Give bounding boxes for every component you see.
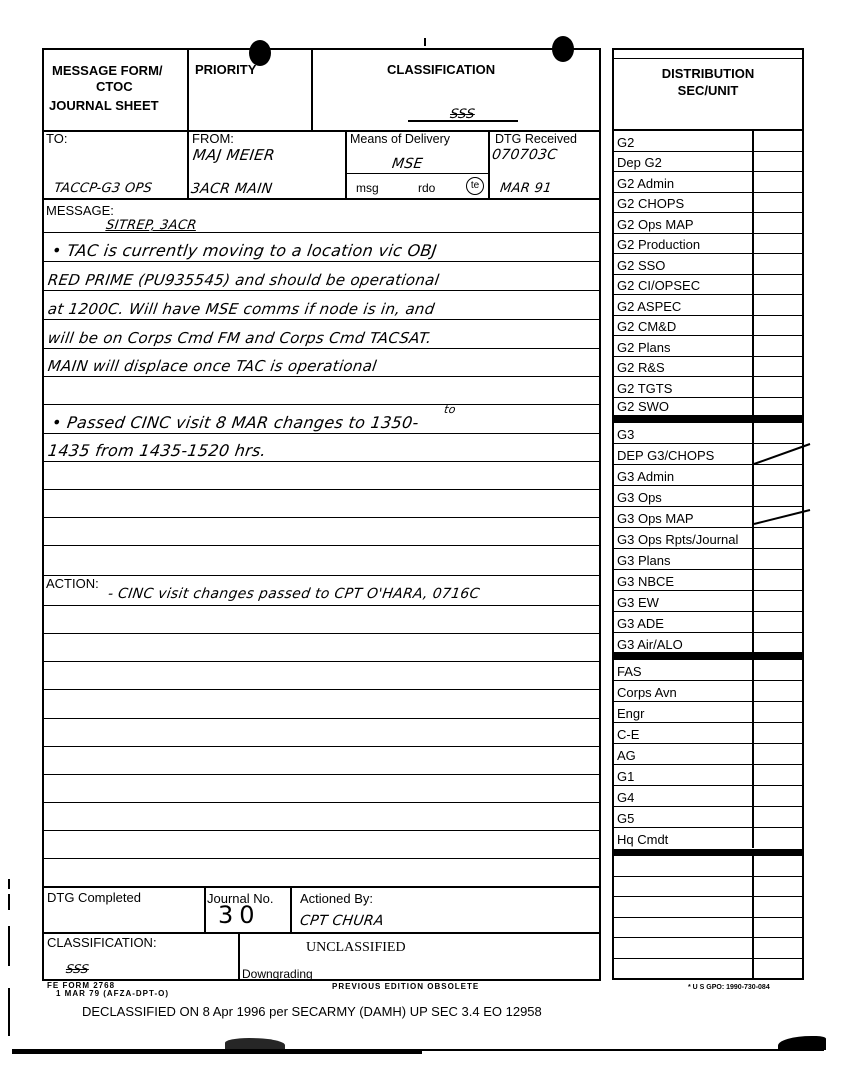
distribution-checkbox[interactable]: [752, 275, 802, 295]
action-label: ACTION:: [46, 577, 99, 591]
dtg-received-value[interactable]: 070703C: [491, 146, 559, 164]
distribution-row[interactable]: G3 Ops Rpts/Journal: [614, 528, 802, 549]
scan-blot: [778, 1036, 826, 1050]
distribution-row-label: Hq Cmdt: [617, 833, 668, 847]
distribution-checkbox[interactable]: [752, 152, 802, 172]
distribution-row[interactable]: G2: [614, 131, 802, 152]
distribution-row-label: DEP G3/CHOPS: [617, 449, 714, 463]
distribution-header-line-2: SEC/UNIT: [612, 83, 804, 98]
distribution-row[interactable]: G2 TGTS: [614, 377, 802, 398]
form-title-line-3: JOURNAL SHEET: [49, 99, 159, 113]
distribution-checkbox[interactable]: [752, 681, 802, 701]
rule-line: [42, 774, 601, 775]
distribution-checkbox[interactable]: [752, 357, 802, 377]
dtg-received-month[interactable]: MAR 91: [499, 180, 553, 198]
rule-line: [42, 261, 601, 262]
distribution-row-label: G2 CM&D: [617, 320, 676, 334]
gpo-printing-note: * U S GPO: 1990-730-084: [688, 984, 770, 991]
distribution-checkbox[interactable]: [752, 828, 802, 848]
rule-line: [42, 886, 601, 888]
distribution-checkbox[interactable]: [752, 193, 802, 213]
means-option-rdo[interactable]: rdo: [418, 181, 435, 195]
distribution-row-label: G2 SWO: [617, 400, 669, 414]
distribution-row[interactable]: G1: [614, 765, 802, 786]
classification-bottom-mark[interactable]: SSS: [65, 960, 90, 978]
rule-line: [42, 348, 601, 349]
distribution-row[interactable]: G2 SWO: [614, 398, 802, 415]
rule-line: [42, 319, 601, 320]
checkmark-icon: [752, 506, 814, 528]
scan-edge-mark: [8, 894, 10, 910]
message-line-3: at 1200C. Will have MSE comms if node is…: [47, 300, 436, 318]
from-name[interactable]: MAJ MEIER: [192, 146, 276, 164]
distribution-row-label: G3 Plans: [617, 554, 670, 568]
distribution-checkbox[interactable]: [752, 702, 802, 722]
distribution-checkbox[interactable]: [752, 723, 802, 743]
distribution-checkbox[interactable]: [752, 336, 802, 356]
rule-line: [42, 689, 601, 690]
distribution-row[interactable]: AG: [614, 744, 802, 765]
distribution-row-label: G2: [617, 136, 634, 150]
distribution-row-label: G2 Admin: [617, 177, 674, 191]
rule-line: [42, 746, 601, 747]
rule-line: [42, 376, 601, 377]
actioned-by-label: Actioned By:: [300, 892, 373, 906]
distribution-row-label: G2 Ops MAP: [617, 218, 694, 232]
distribution-row[interactable]: FAS: [614, 660, 802, 681]
distribution-checkbox[interactable]: [752, 486, 802, 506]
distribution-row-label: G2 R&S: [617, 361, 665, 375]
distribution-row-label: C-E: [617, 728, 639, 742]
rule-line: [42, 404, 601, 405]
distribution-row[interactable]: G3 Admin: [614, 465, 802, 486]
scan-bottom-edge: [12, 1051, 422, 1054]
distribution-checkbox[interactable]: [752, 744, 802, 764]
distribution-row-blank[interactable]: [614, 856, 802, 877]
distribution-checkbox[interactable]: [752, 897, 802, 917]
message-line-4: will be on Corps Cmd FM and Corps Cmd TA…: [47, 329, 433, 347]
distribution-row[interactable]: G2 R&S: [614, 357, 802, 378]
distribution-row-label: G3 Ops: [617, 491, 662, 505]
distribution-checkbox[interactable]: [752, 316, 802, 336]
distribution-row-label: G2 Production: [617, 238, 700, 252]
scan-edge-mark: [8, 926, 10, 966]
divider: [187, 48, 189, 200]
distribution-row-label: G2 CHOPS: [617, 197, 684, 211]
form-number-line-2: 1 MAR 79 (AFZA-DPT-O): [56, 989, 169, 998]
distribution-row-label: G3 Ops Rpts/Journal: [617, 533, 738, 547]
from-label: FROM:: [192, 132, 234, 146]
action-text[interactable]: - CINC visit changes passed to CPT O'HAR…: [107, 585, 481, 603]
distribution-row-label: G2 Plans: [617, 341, 670, 355]
previous-edition-note: PREVIOUS EDITION OBSOLETE: [332, 982, 479, 991]
declassified-stamp: DECLASSIFIED ON 8 Apr 1996 per SECARMY (…: [82, 1004, 542, 1019]
divider: [345, 130, 347, 200]
divider: [204, 886, 206, 932]
distribution-row[interactable]: G5: [614, 807, 802, 828]
rule-line: [42, 802, 601, 803]
message-line-5: MAIN will displace once TAC is operation…: [47, 357, 378, 375]
rule-line: [42, 605, 601, 606]
distribution-checkbox[interactable]: [752, 612, 802, 632]
distribution-row[interactable]: G2 SSO: [614, 254, 802, 275]
distribution-row-label: FAS: [617, 665, 642, 679]
distribution-row[interactable]: G2 Plans: [614, 336, 802, 357]
distribution-header-line-1: DISTRIBUTION: [612, 66, 804, 81]
rule-line: [42, 718, 601, 719]
distribution-row-label: G3 EW: [617, 596, 659, 610]
distribution-row[interactable]: G2 Production: [614, 234, 802, 255]
distribution-row[interactable]: G2 Admin: [614, 172, 802, 193]
divider: [311, 48, 313, 131]
distribution-row-label: G3 NBCE: [617, 575, 674, 589]
rule-line: [42, 633, 601, 634]
scan-edge-mark: [8, 879, 10, 889]
distribution-row-label: Corps Avn: [617, 686, 677, 700]
distribution-row[interactable]: G2 CM&D: [614, 316, 802, 337]
distribution-row-label: G4: [617, 791, 634, 805]
distribution-row-blank[interactable]: [614, 959, 802, 978]
actioned-by-value[interactable]: CPT CHURA: [299, 912, 385, 930]
divider: [488, 130, 490, 200]
rule-line: [42, 575, 601, 576]
rule-line: [42, 858, 601, 859]
to-value[interactable]: TACCP-G3 OPS: [53, 180, 154, 198]
rule-line: [42, 290, 601, 291]
classification-underline: [408, 120, 518, 122]
distribution-row[interactable]: Dep G2: [614, 152, 802, 173]
distribution-row[interactable]: G3 Air/ALO: [614, 633, 802, 653]
distribution-row-label: G3 Ops MAP: [617, 512, 694, 526]
distribution-row-label: G2 CI/OPSEC: [617, 279, 700, 293]
means-option-te-label: te: [471, 180, 479, 191]
distribution-row-label: G3 Admin: [617, 470, 674, 484]
dtg-completed-field[interactable]: [46, 906, 200, 930]
distribution-row-blank[interactable]: [614, 918, 802, 938]
distribution-row[interactable]: Corps Avn: [614, 681, 802, 702]
rule-line: [42, 517, 601, 518]
distribution-row-label: G1: [617, 770, 634, 784]
distribution-group-g2: G2 Dep G2 G2 Admin G2 CHOPS G2 Ops MAP G…: [614, 131, 802, 417]
distribution-checkbox[interactable]: [752, 570, 802, 590]
to-label: TO:: [46, 132, 67, 146]
group-separator: [612, 415, 804, 423]
rule-line: [42, 545, 601, 546]
distribution-row[interactable]: G3 Plans: [614, 549, 802, 570]
distribution-row[interactable]: G2 CI/OPSEC: [614, 275, 802, 296]
distribution-checkbox[interactable]: [752, 213, 802, 233]
downgrading-label: Downgrading: [242, 967, 313, 981]
distribution-row-blank[interactable]: [614, 877, 802, 897]
priority-field[interactable]: [190, 80, 308, 128]
message-line-8: 1435 from 1435-1520 hrs.: [47, 442, 268, 460]
rule-line: [42, 489, 601, 490]
from-unit[interactable]: 3ACR MAIN: [190, 180, 274, 198]
distribution-checkbox[interactable]: [752, 959, 802, 978]
distribution-checkbox[interactable]: [752, 591, 802, 611]
distribution-row-label: G2 SSO: [617, 259, 665, 273]
distribution-group-blank: [614, 856, 802, 979]
rule-line: [42, 830, 601, 831]
message-subject: SITREP, 3ACR: [105, 217, 198, 235]
distribution-row-blank[interactable]: [614, 938, 802, 959]
distribution-checkbox[interactable]: [752, 295, 802, 315]
distribution-row[interactable]: G3 Ops: [614, 486, 802, 507]
distribution-checkbox[interactable]: [752, 633, 802, 653]
dtg-received-label: DTG Received: [495, 132, 577, 146]
group-separator: [612, 849, 804, 856]
distribution-checkbox[interactable]: [752, 398, 802, 415]
dtg-completed-label: DTG Completed: [47, 891, 141, 905]
divider: [290, 886, 292, 932]
distribution-checkbox[interactable]: [752, 807, 802, 827]
means-of-delivery-value[interactable]: MSE: [391, 155, 424, 173]
group-separator: [612, 652, 804, 660]
distribution-checkbox[interactable]: [752, 549, 802, 569]
form-title-line-1: MESSAGE FORM/: [52, 64, 163, 78]
classification-label: CLASSIFICATION: [387, 63, 495, 77]
distribution-row-label: G3 Air/ALO: [617, 638, 683, 652]
distribution-row-label: G3 ADE: [617, 617, 664, 631]
distribution-checkbox[interactable]: [752, 786, 802, 806]
unclassified-stamp: UNCLASSIFIED: [306, 940, 406, 956]
distribution-row[interactable]: Hq Cmdt: [614, 828, 802, 848]
distribution-row[interactable]: G3 NBCE: [614, 570, 802, 591]
distribution-checkbox[interactable]: [752, 234, 802, 254]
message-line-1: • TAC is currently moving to a location …: [51, 242, 438, 260]
rule-line: [42, 661, 601, 662]
distribution-row-label: G3: [617, 428, 634, 442]
distribution-checkbox[interactable]: [752, 856, 802, 876]
journal-no-value[interactable]: 30: [218, 901, 261, 929]
distribution-checkbox[interactable]: [752, 877, 802, 896]
message-line-2: RED PRIME (PU935545) and should be opera…: [47, 271, 441, 289]
distribution-row[interactable]: C-E: [614, 723, 802, 744]
distribution-row-label: Dep G2: [617, 156, 662, 170]
rule-line: [42, 433, 601, 434]
distribution-checkbox[interactable]: [752, 131, 802, 151]
divider: [42, 932, 601, 934]
divider: [612, 58, 804, 59]
distribution-checkbox[interactable]: [752, 918, 802, 937]
divider: [238, 932, 240, 980]
distribution-row[interactable]: G2 ASPEC: [614, 295, 802, 316]
priority-label: PRIORITY: [195, 63, 256, 77]
checkmark-icon: [752, 440, 814, 468]
scan-edge-mark: [8, 988, 10, 1036]
form-title-line-2: CTOC: [96, 80, 133, 94]
distribution-checkbox[interactable]: [752, 938, 802, 958]
distribution-group-staff: FAS Corps Avn Engr C-E AG G1 G4 G5 Hq Cm…: [614, 660, 802, 850]
distribution-row-blank[interactable]: [614, 897, 802, 918]
distribution-checkbox[interactable]: [752, 660, 802, 680]
means-option-msg[interactable]: msg: [356, 181, 379, 195]
means-option-te-circled[interactable]: te: [466, 177, 484, 195]
distribution-row-label: G2 TGTS: [617, 382, 672, 396]
distribution-row[interactable]: Engr: [614, 702, 802, 723]
message-line-7: • Passed CINC visit 8 MAR changes to 135…: [51, 414, 420, 432]
distribution-checkbox[interactable]: [752, 377, 802, 397]
distribution-row[interactable]: G2 CHOPS: [614, 193, 802, 214]
distribution-row-label: G2 ASPEC: [617, 300, 681, 314]
distribution-checkbox[interactable]: [752, 254, 802, 274]
distribution-row[interactable]: G4: [614, 786, 802, 807]
distribution-checkbox[interactable]: [752, 528, 802, 548]
distribution-checkbox[interactable]: [752, 765, 802, 785]
distribution-row-label: G5: [617, 812, 634, 826]
distribution-row[interactable]: G2 Ops MAP: [614, 213, 802, 234]
classification-bottom-label: CLASSIFICATION:: [47, 936, 157, 950]
means-of-delivery-label: Means of Delivery: [350, 132, 450, 146]
distribution-checkbox[interactable]: [752, 172, 802, 192]
rule-line: [42, 461, 601, 462]
distribution-checkbox[interactable]: [752, 465, 802, 485]
distribution-row-label: Engr: [617, 707, 644, 721]
scan-mark: [424, 38, 426, 46]
distribution-row[interactable]: G3 ADE: [614, 612, 802, 633]
distribution-row[interactable]: G3 EW: [614, 591, 802, 612]
distribution-row-label: AG: [617, 749, 636, 763]
divider: [345, 173, 488, 174]
scan-blot: [225, 1038, 285, 1050]
